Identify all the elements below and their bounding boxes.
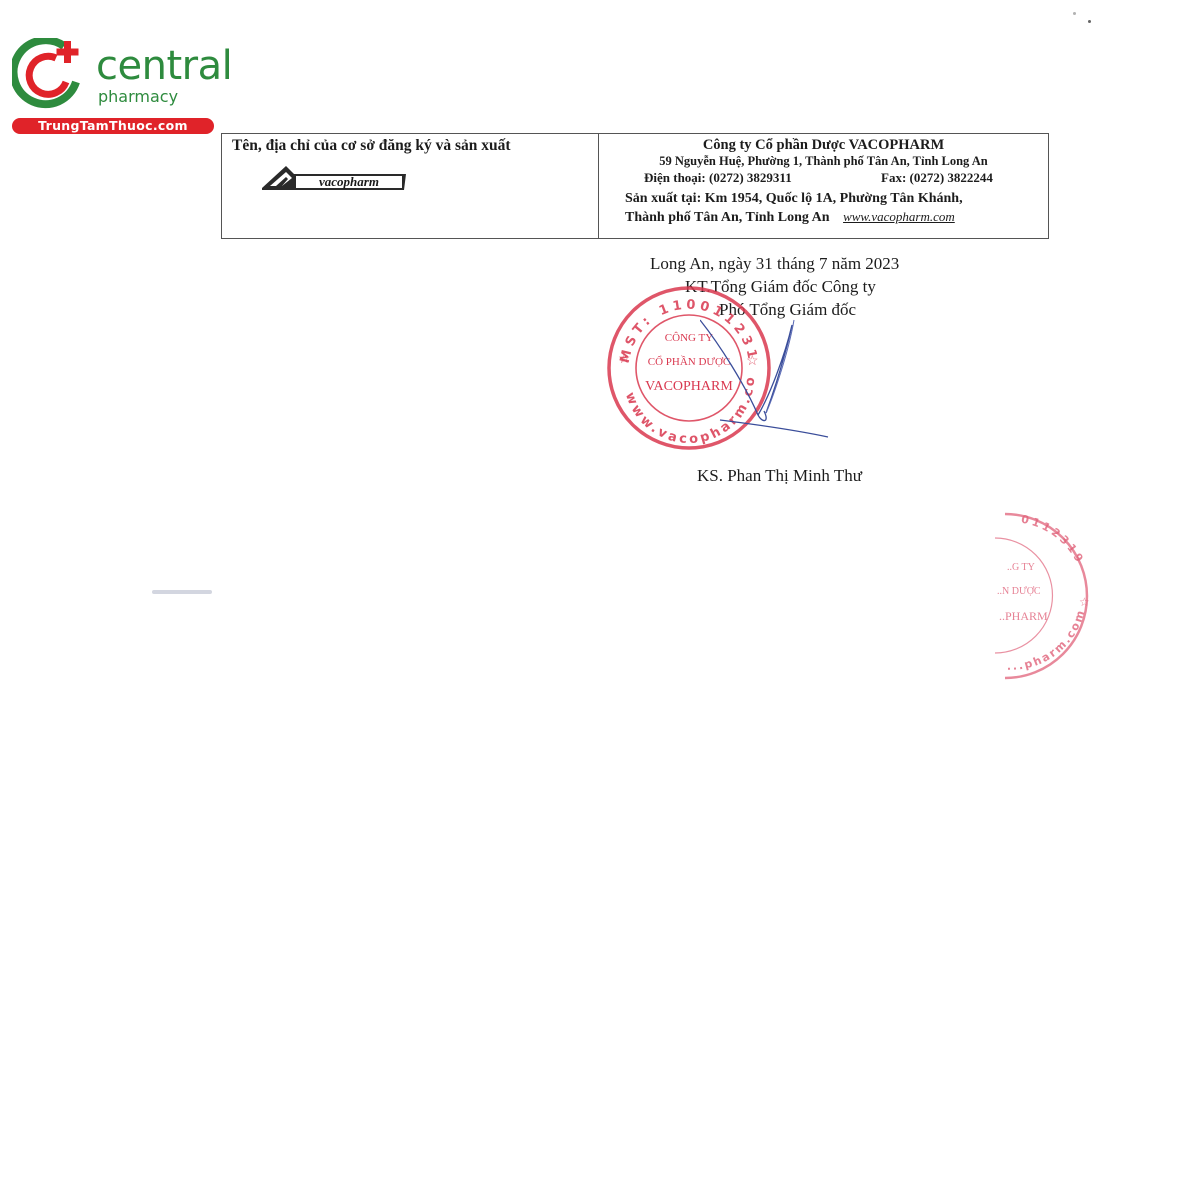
phone-number: Điện thoại: (0272) 3829311 [644, 170, 792, 186]
scan-speck [1088, 20, 1091, 23]
fax-number: Fax: (0272) 3822244 [881, 170, 993, 186]
central-pharmacy-logo-icon [12, 38, 84, 110]
signature-stroke-icon [700, 315, 840, 440]
company-name: Công ty Cổ phần Dược VACOPHARM [599, 137, 1048, 154]
svg-text:..PHARM: ..PHARM [999, 609, 1048, 623]
signing-date: Long An, ngày 31 tháng 7 năm 2023 [650, 254, 899, 274]
table-heading: Tên, địa chỉ của cơ sở đăng ký và sản xu… [232, 137, 511, 155]
svg-text:..G TY: ..G TY [1007, 562, 1035, 573]
svg-text:☆: ☆ [1079, 595, 1090, 609]
partial-stamp: 0112319 ...pharm.com ☆ ..G TY ..N DƯỢC .… [985, 508, 1100, 688]
scan-speck [1073, 12, 1076, 15]
handwritten-signature [700, 315, 840, 445]
registration-info-table: Tên, địa chỉ của cơ sở đăng ký và sản xu… [221, 133, 1049, 239]
partial-stamp-seal-icon: 0112319 ...pharm.com ☆ ..G TY ..N DƯỢC .… [985, 508, 1100, 683]
company-address: 59 Nguyễn Huệ, Phường 1, Thành phố Tân A… [599, 154, 1048, 169]
vacopharm-logo: vacopharm [260, 164, 410, 199]
left-cell: Tên, địa chỉ của cơ sở đăng ký và sản xu… [222, 134, 599, 238]
svg-text:..N DƯỢC: ..N DƯỢC [997, 586, 1041, 597]
signer-name: KS. Phan Thị Minh Thư [697, 466, 862, 486]
svg-text:vacopharm: vacopharm [319, 174, 379, 189]
right-cell: Công ty Cổ phần Dược VACOPHARM 59 Nguyễn… [599, 134, 1048, 238]
brand-subtitle: pharmacy [98, 88, 178, 106]
vacopharm-logo-icon: vacopharm [260, 164, 410, 194]
brand-url-banner[interactable]: TrungTamThuoc.com [12, 118, 214, 134]
production-address-city: Thành phố Tân An, Tỉnh Long An [625, 210, 830, 225]
scan-artifact [152, 590, 212, 594]
production-address-line2: Thành phố Tân An, Tỉnh Long An www.vacop… [599, 209, 1048, 226]
svg-text:☆: ☆ [618, 352, 631, 367]
svg-text:0112319: 0112319 [1020, 513, 1087, 567]
central-pharmacy-watermark: central pharmacy TrungTamThuoc.com [8, 38, 213, 136]
brand-name: central [96, 44, 232, 88]
website-link[interactable]: www.vacopharm.com [843, 209, 955, 224]
production-address-line1: Sản xuất tại: Km 1954, Quốc lộ 1A, Phườn… [599, 191, 1048, 207]
